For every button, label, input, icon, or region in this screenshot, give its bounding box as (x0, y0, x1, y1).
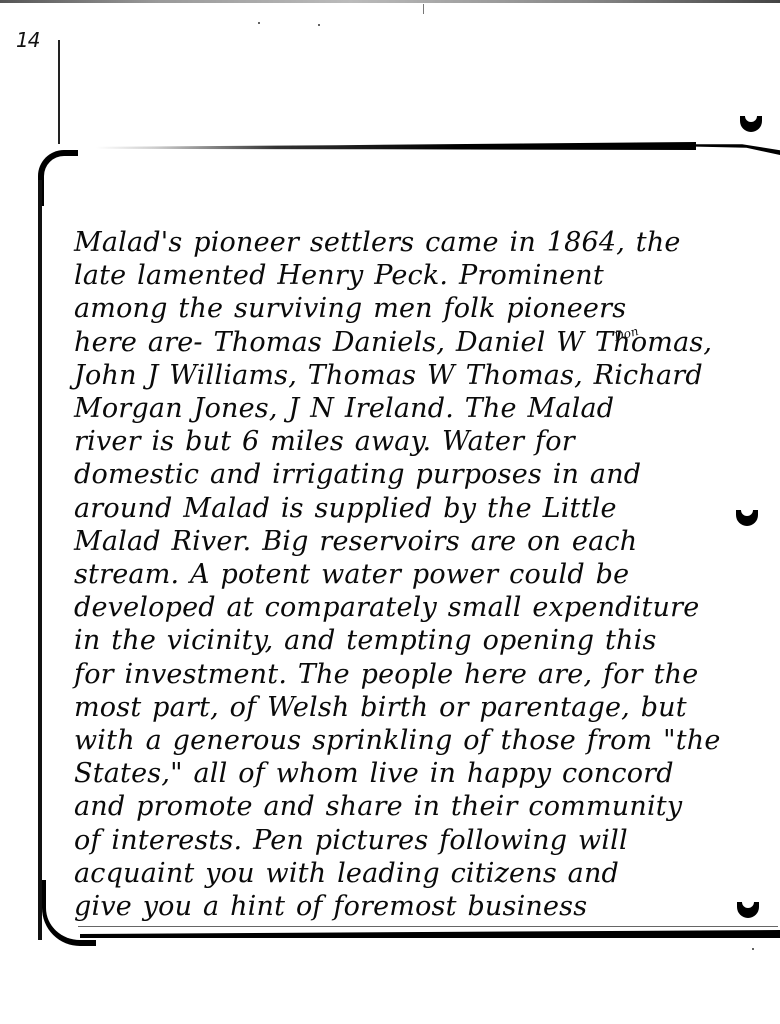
binder-hole-icon (740, 116, 762, 132)
manuscript-line: John J Williams, Thomas W Thomas, Richar… (74, 359, 724, 392)
manuscript-line: among the surviving men folk pioneers (74, 292, 724, 325)
frame-border-bottom (80, 930, 780, 938)
manuscript-line: in the vicinity, and tempting opening th… (74, 624, 724, 657)
manuscript-line: acquaint you with leading citizens and (74, 857, 724, 890)
manuscript-line: developed at comparately small expenditu… (74, 591, 724, 624)
manuscript-line: around Malad is supplied by the Little (74, 492, 724, 525)
manuscript-line: for investment. The people here are, for… (74, 658, 724, 691)
manuscript-line: domestic and irrigating purposes in and (74, 458, 724, 491)
page-number: 14 (16, 28, 39, 52)
scan-speck (258, 22, 260, 24)
binder-hole-icon (737, 902, 759, 918)
manuscript-line: river is but 6 miles away. Water for (74, 425, 724, 458)
manuscript-line: Malad River. Big reservoirs are on each (74, 525, 724, 558)
manuscript-line: with a generous sprinkling of those from… (74, 724, 724, 757)
manuscript-line: Malad's pioneer settlers came in 1864, t… (74, 226, 724, 259)
frame-border-left (38, 180, 42, 940)
frame-border-top-right (696, 143, 780, 155)
scan-speck (318, 24, 320, 26)
frame-border-bottom-inner (78, 926, 778, 927)
manuscript-line: and promote and share in their community (74, 790, 724, 823)
manuscript-line: stream. A potent water power could be (74, 558, 724, 591)
frame-corner-top-left (38, 150, 78, 206)
manuscript-line: give you a hint of foremost business (74, 890, 724, 923)
scan-mark (423, 4, 424, 14)
scan-speck (752, 948, 754, 950)
frame-border-top (96, 142, 696, 150)
page-top-edge (0, 0, 780, 3)
manuscript-line: Morgan Jones, J N Ireland. The Malad (74, 392, 724, 425)
binder-hole-icon (736, 510, 758, 526)
manuscript-line: States," all of whom live in happy conco… (74, 757, 724, 790)
margin-line (58, 40, 60, 144)
manuscript-line: late lamented Henry Peck. Prominent (74, 259, 724, 292)
manuscript-line: most part, of Welsh birth or parentage, … (74, 691, 724, 724)
manuscript-line: of interests. Pen pictures following wil… (74, 824, 724, 857)
